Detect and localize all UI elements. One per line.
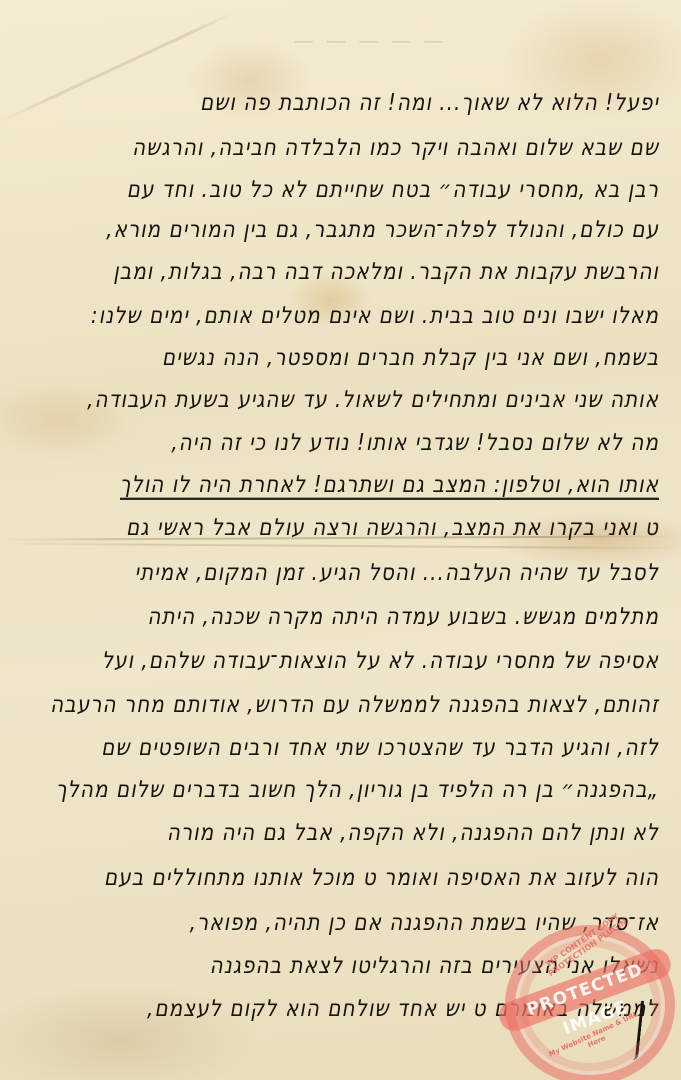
letter-line-13: מתלמים מגשש. בשבוע עמדה היתה מקרה שכנה, … — [147, 602, 659, 630]
letter-line-2: שם שבא שלום ואהבה ויקר כמו הלבלדה חביבה,… — [132, 133, 659, 161]
letter-line-6: מאלו ישבו ונים טוב בבית. ושם אינם מטלים … — [91, 301, 659, 329]
letter-page: — — — — — יפעל! הלוא לא שאוך... ומה! זה … — [0, 0, 681, 1080]
letter-line-17: „בהפגנה״ בן רה הלפיד בן גוריון, הלך חשוב… — [56, 775, 659, 803]
letter-line-16: לזה, והגיע הדבר עד שהצטרכו שתי אחד ורבים… — [101, 733, 659, 761]
letter-line-3: רבן בא ,מחסרי עבודה״ בטח שחייתם לא כל טו… — [127, 175, 659, 203]
letter-line-7: בשמח, ושם אני בין קבלת חברים ומספטר, הנה… — [162, 343, 659, 371]
letter-line-10-underlined: אותו הוא, וטלפון: המצב גם ושתרגם! לאחרת … — [120, 470, 659, 500]
letter-line-14: אסיפה של מחסרי עבודה. לא על הוצאות־עבודה… — [102, 646, 659, 674]
letter-line-11: ט ואני בקרו את המצב, והרגשה ורצה עולם אב… — [126, 513, 659, 541]
letter-line-9: מה לא שלום נסבל! שגדבי אותו! נודע לנו כי… — [171, 428, 659, 456]
letter-line-12: לסבל עד שהיה העלבה... והסל הגיע. זמן המק… — [135, 558, 659, 586]
letter-line-5: והרבשת עקבות את הקבר. ומלאכה דבה רבה, בג… — [113, 257, 659, 285]
letter-line-19: הוה לעזוב את האסיפה ואומר ט מוכל אותנו מ… — [104, 863, 659, 891]
letter-line-8: אותה שני אבינים ומתחילים לשאול. עד שהגיע… — [87, 385, 659, 413]
paper-fold-line-secondary — [0, 543, 681, 550]
letter-line-1: יפעל! הלוא לא שאוך... ומה! זה הכותבת פה … — [200, 88, 659, 116]
faint-letterhead: — — — — — — [230, 28, 510, 58]
letter-line-18: לא ונתן להם ההפגנה, ולא הקפה, אבל גם היה… — [167, 818, 659, 846]
letter-line-4: עם כולם, והנולד לפלה־השכר מתגבר, גם בין … — [106, 215, 659, 243]
letter-line-15: זהותם, לצאות בהפגנה לממשלה עם הדרוש, אוד… — [50, 690, 659, 718]
